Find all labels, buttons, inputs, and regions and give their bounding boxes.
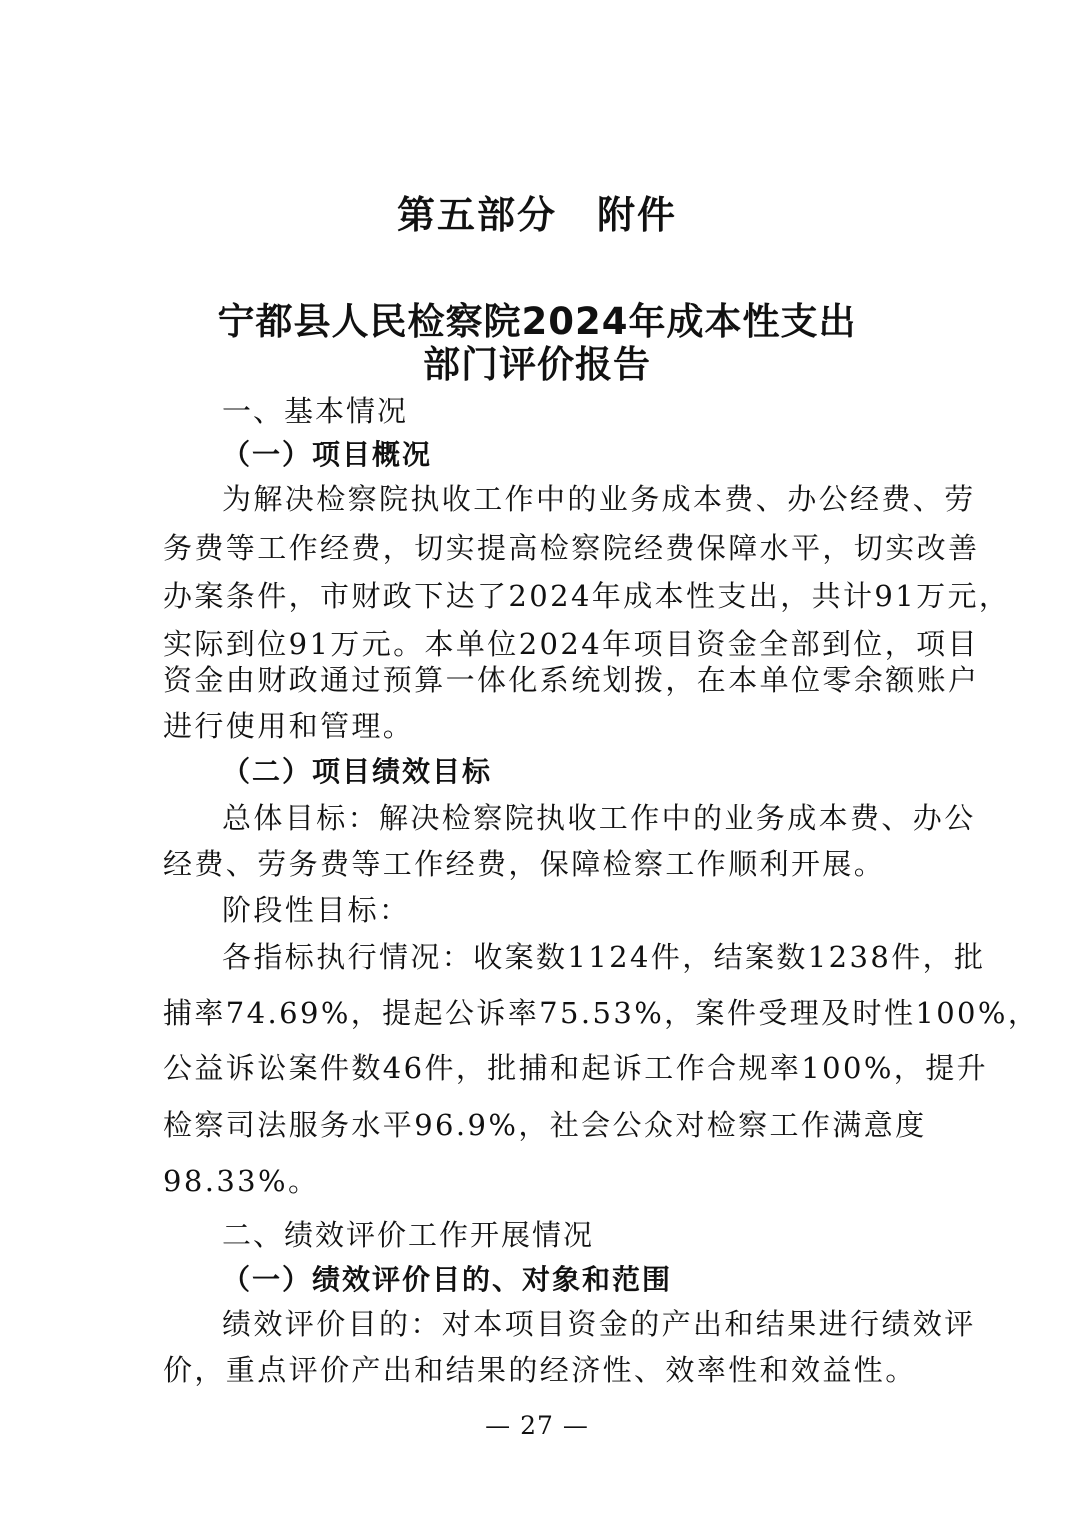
subsection-heading-evaluation-scope: （一）绩效评价目的、对象和范围 [222, 1262, 672, 1298]
paragraph-line: 务费等工作经费，切实提高检察院经费保障水平，切实改善 [163, 530, 979, 566]
paragraph-line: 实际到位91万元。本单位2024年项目资金全部到位，项目 [163, 626, 979, 662]
paragraph-line: 捕率74.69%，提起公诉率75.53%，案件受理及时性100%， [163, 995, 1039, 1031]
paragraph-line: 各指标执行情况：收案数1124件，结案数1238件，批 [222, 939, 985, 975]
report-title-line-2: 部门评价报告 [0, 342, 1074, 388]
subsection-heading-project-overview: （一）项目概况 [222, 437, 432, 473]
paragraph-line: 总体目标：解决检察院执收工作中的业务成本费、办公 [222, 800, 976, 836]
report-title-line-1: 宁都县人民检察院2024年成本性支出 [0, 299, 1074, 345]
paragraph-line: 资金由财政通过预算一体化系统划拨，在本单位零余额账户 [163, 662, 979, 698]
paragraph-line: 98.33%。 [163, 1163, 319, 1199]
paragraph-line: 价，重点评价产出和结果的经济性、效率性和效益性。 [163, 1352, 917, 1388]
paragraph-line: 公益诉讼案件数46件，批捕和起诉工作合规率100%，提升 [163, 1050, 988, 1086]
paragraph-line: 进行使用和管理。 [163, 708, 414, 744]
paragraph-line: 绩效评价目的：对本项目资金的产出和结果进行绩效评 [222, 1306, 976, 1342]
paragraph-line: 检察司法服务水平96.9%，社会公众对检察工作满意度 [163, 1107, 927, 1143]
subsection-heading-performance-goals: （二）项目绩效目标 [222, 754, 492, 790]
document-page: 第五部分 附件 宁都县人民检察院2024年成本性支出 部门评价报告 一、基本情况… [0, 0, 1074, 1520]
paragraph-line: 办案条件，市财政下达了2024年成本性支出，共计91万元， [163, 578, 1010, 614]
page-number: — 27 — [0, 1411, 1074, 1441]
section-heading-evaluation-work: 二、绩效评价工作开展情况 [222, 1217, 594, 1253]
part-title: 第五部分 附件 [0, 192, 1074, 238]
paragraph-line: 经费、劳务费等工作经费，保障检察工作顺利开展。 [163, 846, 885, 882]
section-heading-basic-info: 一、基本情况 [222, 393, 408, 429]
stage-goal-label: 阶段性目标： [222, 892, 410, 928]
paragraph-line: 为解决检察院执收工作中的业务成本费、办公经费、劳 [222, 481, 976, 517]
